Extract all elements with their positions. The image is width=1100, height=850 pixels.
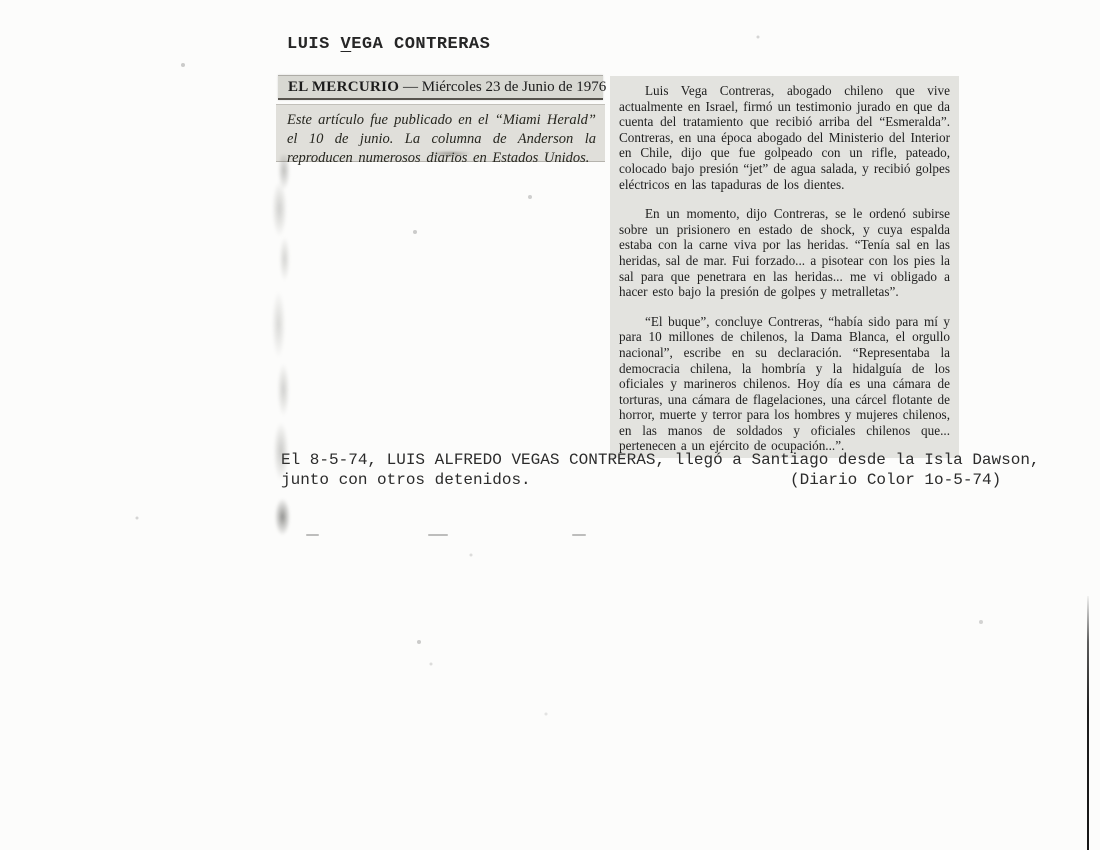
caption-source: (Diario Color 1o-5-74) — [790, 471, 1001, 489]
scan-specks — [0, 0, 2, 2]
article-paragraph-2: En un momento, dijo Contreras, se le ord… — [619, 206, 950, 300]
clipping-article-column: Luis Vega Contreras, abogado chileno que… — [610, 76, 959, 458]
scan-dash-mark — [428, 534, 448, 536]
clipping-masthead: EL MERCURIO — Miércoles 23 de Junio de 1… — [278, 75, 603, 100]
caption-line-2: junto con otros detenidos. — [281, 471, 531, 489]
article-paragraph-3: “El buque”, concluye Contreras, “había s… — [619, 314, 950, 454]
scan-dash-mark — [306, 534, 319, 536]
scan-dash-mark — [572, 534, 586, 536]
masthead-paper-name: EL MERCURIO — [288, 79, 399, 96]
page-title-post: EGA CONTRERAS — [351, 35, 490, 54]
scanned-document-page: LUIS VEGA CONTRERAS EL MERCURIO — Miérco… — [0, 0, 1100, 850]
article-paragraph-1: Luis Vega Contreras, abogado chileno que… — [619, 83, 950, 192]
masthead-date: — Miércoles 23 de Junio de 1976 — [399, 79, 606, 96]
caption-line-1: El 8-5-74, LUIS ALFREDO VEGAS CONTRERAS,… — [281, 451, 1040, 469]
scan-edge-line — [1087, 596, 1089, 850]
photocopy-smudge-strip — [266, 155, 296, 540]
page-title-pre: LUIS — [287, 35, 341, 54]
photocopy-smudge-note-edge — [418, 150, 482, 157]
page-title: LUIS VEGA CONTRERAS — [287, 35, 490, 54]
page-title-underlined-letter: V — [341, 35, 352, 54]
